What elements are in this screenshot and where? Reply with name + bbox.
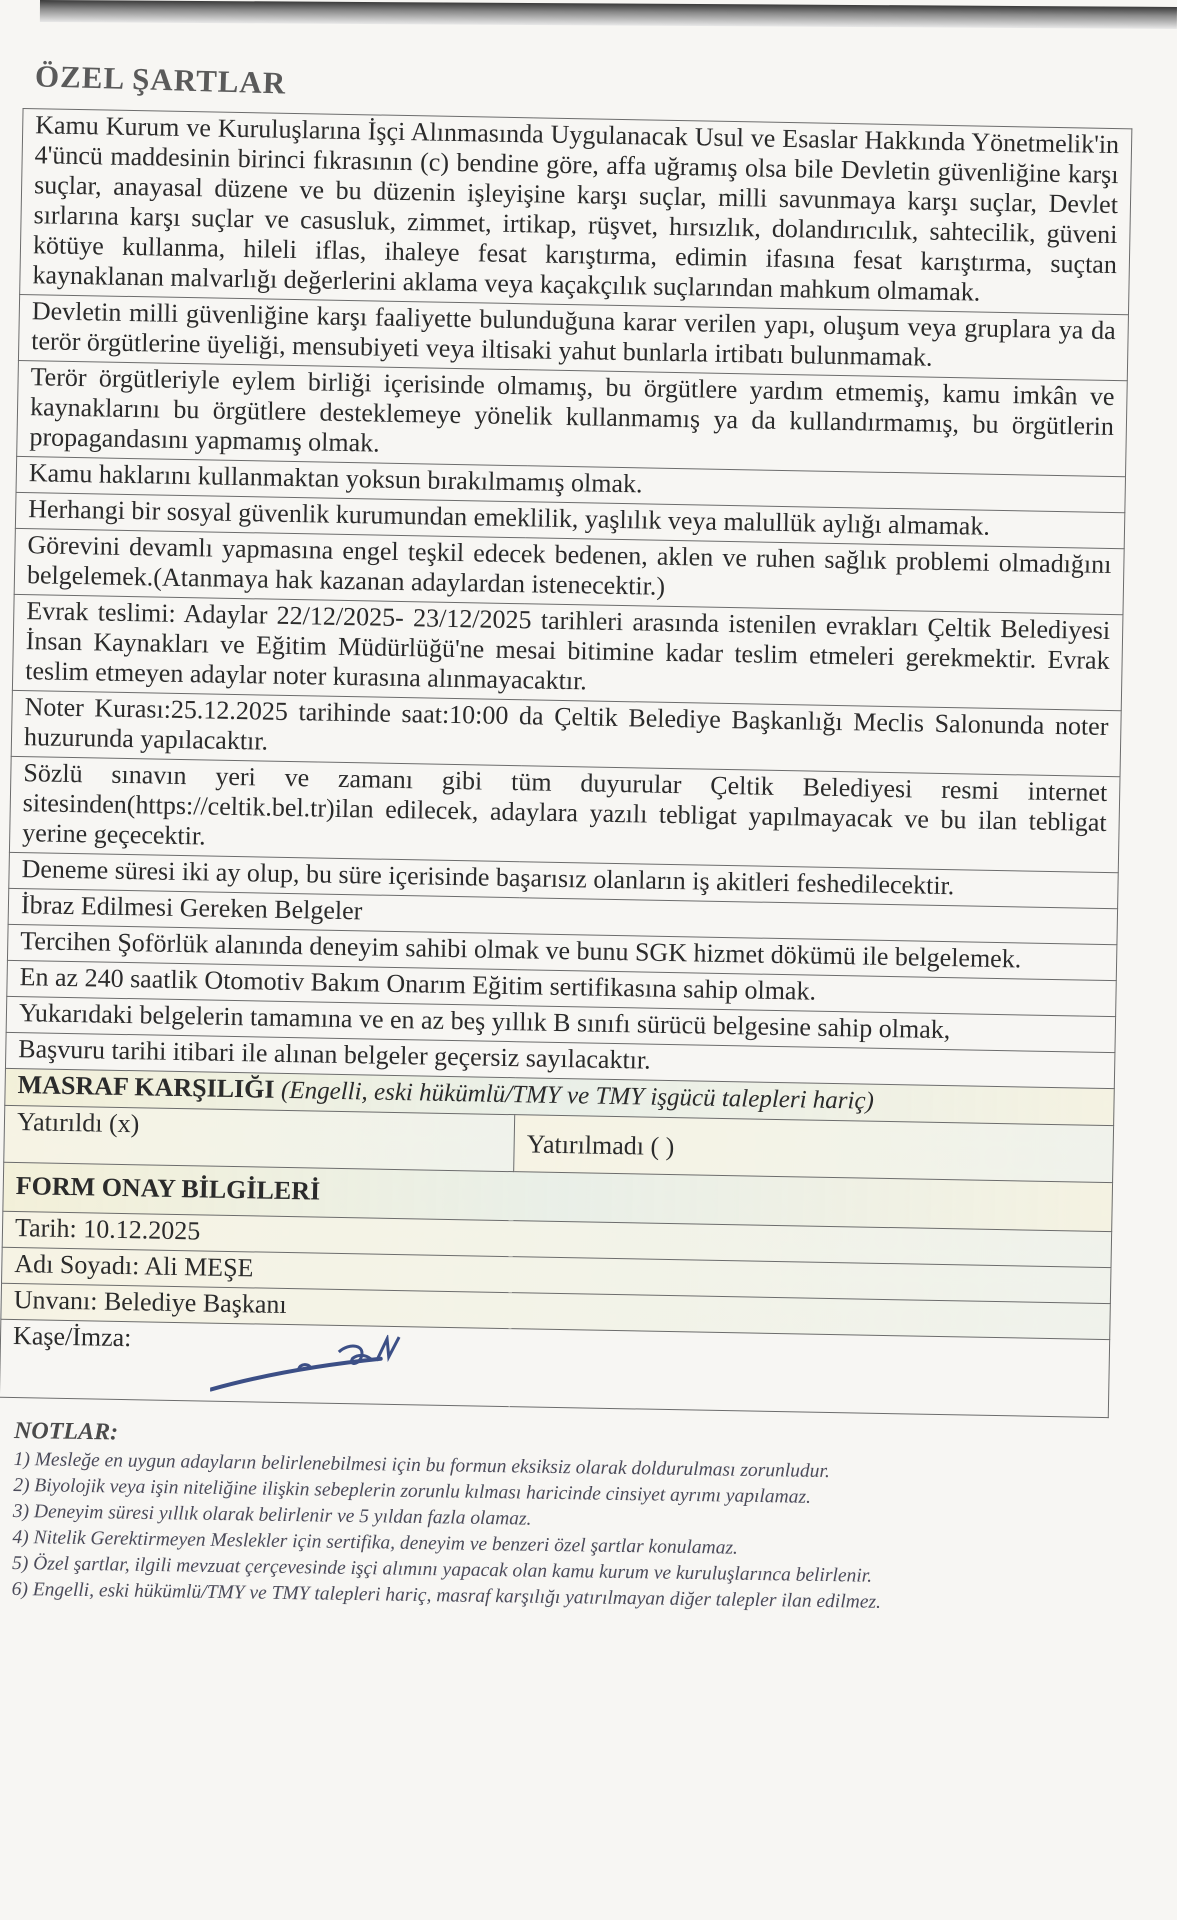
notes-list: 1) Mesleğe en uygun adayların belirleneb… <box>12 1447 1118 1619</box>
stamp-signature-label: Kaşe/İmza: <box>13 1321 132 1352</box>
expense-heading-text: MASRAF KARŞILIĞI <box>17 1070 274 1104</box>
document-page: ÖZEL ŞARTLAR Kamu Kurum ve Kuruluşlarına… <box>0 30 1144 1621</box>
condition-row: Kamu Kurum ve Kuruluşlarına İşçi Alınmas… <box>20 108 1132 314</box>
condition-text: Kamu Kurum ve Kuruluşlarına İşçi Alınmas… <box>20 108 1132 314</box>
paid-option[interactable]: Yatırıldı (x) <box>4 1105 515 1171</box>
expense-heading-note: (Engelli, eski hükümlü/TMY ve TMY işgücü… <box>281 1077 874 1115</box>
scan-edge-shadow <box>40 0 1177 29</box>
special-conditions-table: Kamu Kurum ve Kuruluşlarına İşçi Alınmas… <box>0 108 1132 1418</box>
signature-icon <box>210 1332 441 1396</box>
notes-section: NOTLAR: 1) Mesleğe en uygun adayların be… <box>0 1400 1118 1620</box>
